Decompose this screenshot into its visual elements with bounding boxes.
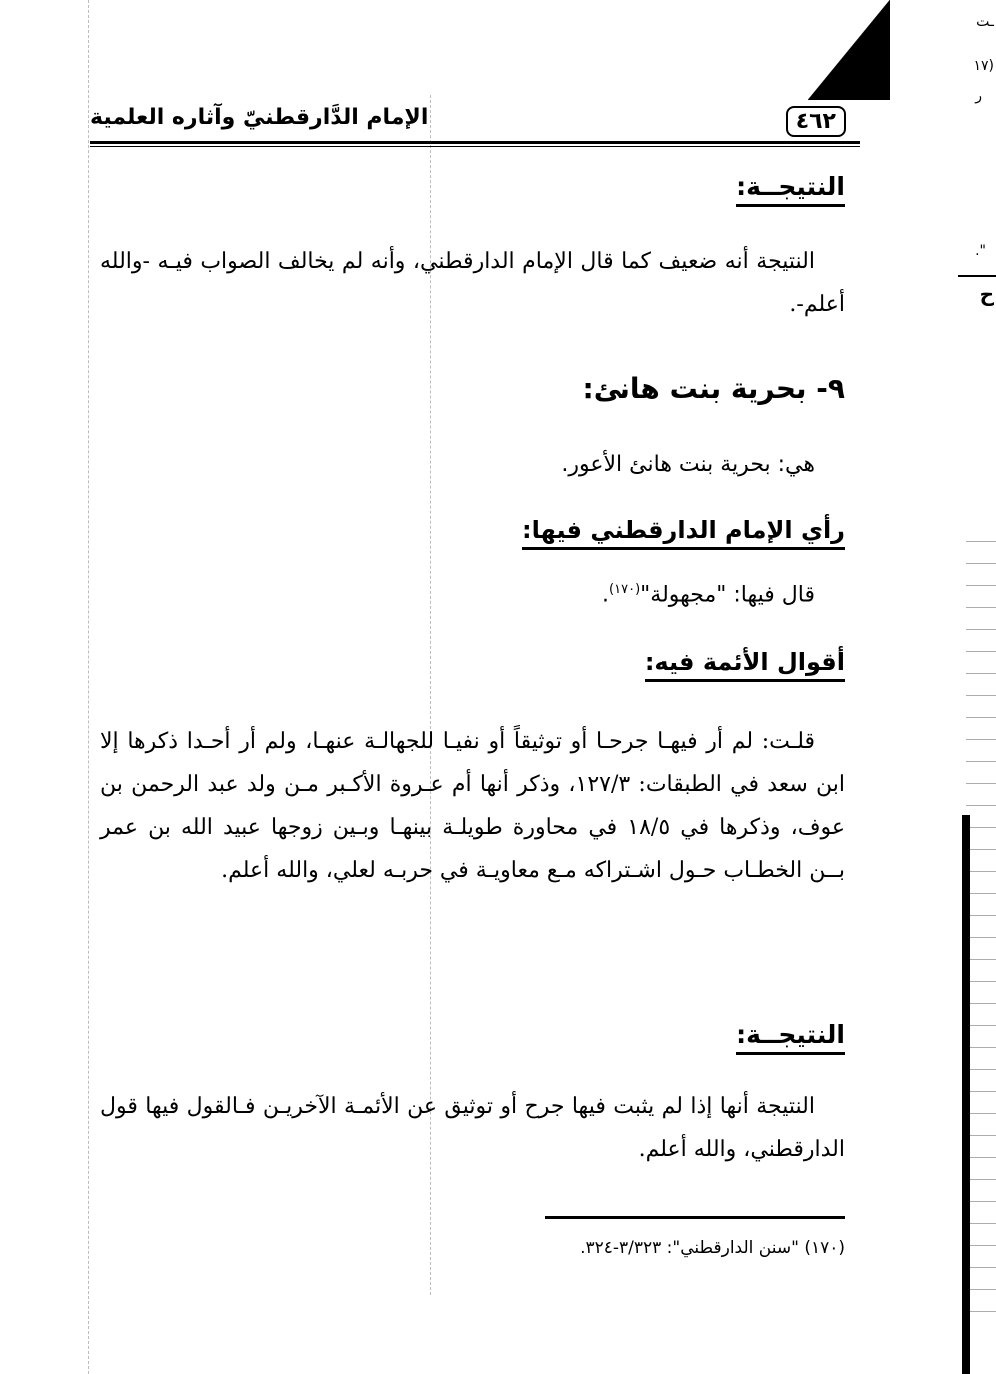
section-result-1: النتيجــة:	[100, 172, 845, 207]
scan-corner-shadow	[808, 0, 890, 100]
book-spine-shadow	[962, 815, 970, 1374]
adjacent-fragment: ح	[980, 282, 994, 306]
page-number: ٤٦٢	[786, 106, 846, 137]
scan-fold-line-left	[88, 0, 89, 1374]
adjacent-text-lines	[966, 530, 996, 1330]
quote-end: .	[602, 582, 609, 607]
section-heading: رأي الإمام الدارقطني فيها:	[522, 516, 845, 550]
adjacent-fragment: (١٧	[973, 58, 994, 74]
header-rule	[90, 141, 860, 147]
footnote-text: "سنن الدارقطني": ٣/٣٢٣-٣٢٤.	[580, 1238, 799, 1258]
footnote: (١٧٠) "سنن الدارقطني": ٣/٣٢٣-٣٢٤.	[420, 1238, 845, 1258]
adjacent-page-edge: ـت (١٧ ر ". ح	[958, 0, 996, 1374]
footnote-ref[interactable]: (١٧٠)	[609, 582, 640, 597]
page-header: ٤٦٢ الإمام الدَّارقطنيّ وآثاره العلمية	[90, 103, 860, 141]
section-heading: النتيجــة:	[736, 1020, 845, 1055]
section-heading: أقوال الأئمة فيه:	[645, 648, 845, 682]
section-heading: النتيجــة:	[736, 172, 845, 207]
section-result-2: النتيجــة:	[100, 1020, 845, 1055]
footnote-rule	[545, 1216, 845, 1219]
paragraph: قلـت: لم أر فيهـا جرحـا أو توثيقاً أو نف…	[100, 720, 845, 892]
running-title: الإمام الدَّارقطنيّ وآثاره العلمية	[90, 105, 428, 130]
opinion-quote: قال فيها: "مجهولة"(١٧٠).	[100, 582, 845, 607]
section-imams-statements: أقوال الأئمة فيه:	[100, 648, 845, 682]
paragraph: النتيجة أنه ضعيف كما قال الإمام الدارقطن…	[100, 240, 845, 326]
section-daraqutni-opinion: رأي الإمام الدارقطني فيها:	[100, 516, 845, 550]
adjacent-fragment: ر	[975, 88, 982, 104]
paragraph: النتيجة أنها إذا لم يثبت فيها جرح أو توث…	[100, 1085, 845, 1171]
quote-text: قال فيها: "مجهولة"	[640, 582, 815, 607]
entry-heading: ٩- بحرية بنت هانئ:	[100, 372, 845, 405]
adjacent-fragment: ".	[975, 243, 986, 259]
adjacent-fragment: ـت	[976, 14, 994, 30]
entry-heading-text: ٩- بحرية بنت هانئ:	[583, 372, 845, 405]
adjacent-rule	[958, 275, 996, 277]
footnote-number: (١٧٠)	[804, 1238, 845, 1258]
entry-intro: هي: بحرية بنت هانئ الأعور.	[100, 452, 845, 477]
